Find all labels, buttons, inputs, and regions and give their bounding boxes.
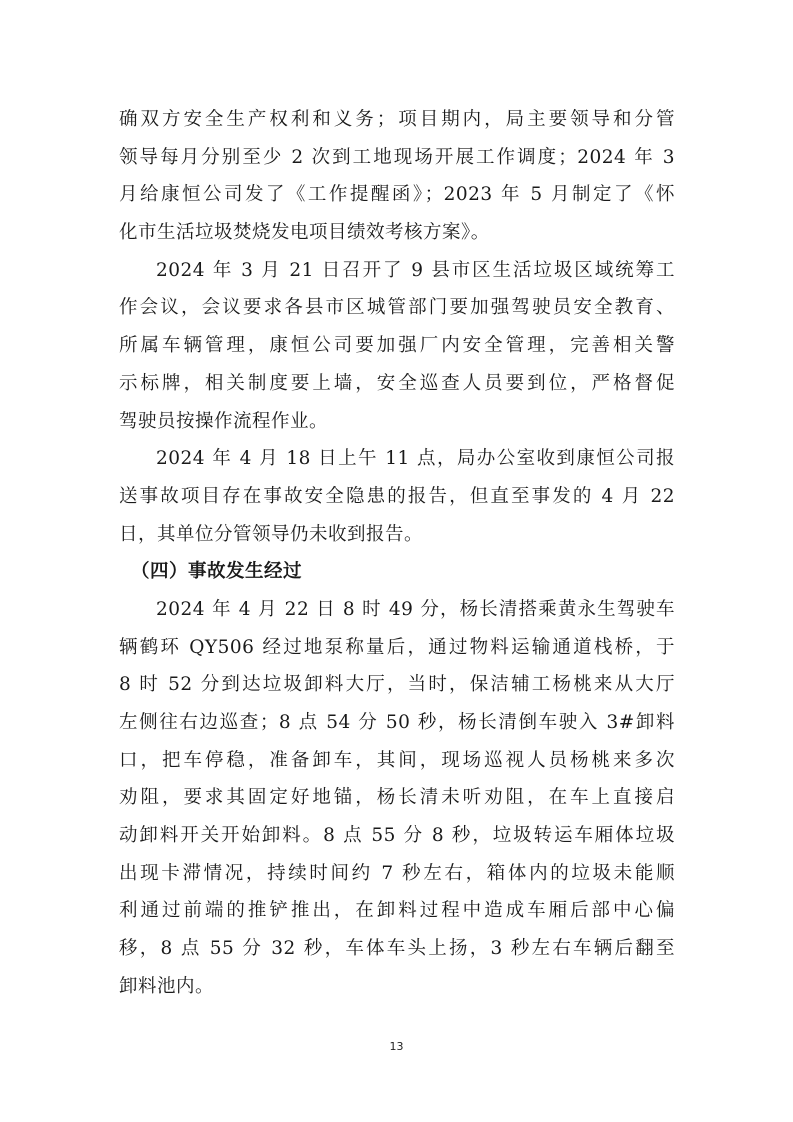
document-page: 确双方安全生产权利和义务；项目期内，局主要领导和分管 领导每月分别至少 2 次到… — [0, 0, 793, 1122]
text-line: 作会议，会议要求各县市区城管部门要加强驾驶员安全教育、 — [119, 289, 675, 327]
text-line: 化市生活垃圾焚烧发电项目绩效考核方案》。 — [119, 214, 675, 252]
text-line: 月给康恒公司发了《工作提醒函》；2023 年 5 月制定了《怀 — [119, 176, 675, 214]
text-line: 辆鹤环 QY506 经过地泵称量后，通过物料运输通道栈桥，于 — [119, 629, 675, 667]
text-line: 2024 年 3 月 21 日召开了 9 县市区生活垃圾区域统筹工 — [119, 252, 675, 290]
paragraph-report: 2024 年 4 月 18 日上午 11 点，局办公室收到康恒公司报 送事故项目… — [119, 440, 675, 553]
text-line: 卸料池内。 — [119, 968, 675, 1006]
text-line: 驾驶员按操作流程作业。 — [119, 403, 675, 441]
text-line: 口，把车停稳，准备卸车，其间，现场巡视人员杨桃来多次 — [119, 742, 675, 780]
text-line: 送事故项目存在事故安全隐患的报告，但直至事发的 4 月 22 — [119, 478, 675, 516]
text-line: 领导每月分别至少 2 次到工地现场开展工作调度；2024 年 3 — [119, 139, 675, 177]
page-body: 确双方安全生产权利和义务；项目期内，局主要领导和分管 领导每月分别至少 2 次到… — [119, 101, 675, 1006]
paragraph-continuation: 确双方安全生产权利和义务；项目期内，局主要领导和分管 领导每月分别至少 2 次到… — [119, 101, 675, 252]
text-line: 所属车辆管理，康恒公司要加强厂内安全管理，完善相关警 — [119, 327, 675, 365]
page-number: 13 — [0, 1040, 793, 1053]
paragraph-meeting: 2024 年 3 月 21 日召开了 9 县市区生活垃圾区域统筹工 作会议，会议… — [119, 252, 675, 440]
text-line: 动卸料开关开始卸料。8 点 55 分 8 秒，垃圾转运车厢体垃圾 — [119, 817, 675, 855]
text-line: 移，8 点 55 分 32 秒，车体车头上扬，3 秒左右车辆后翻至 — [119, 930, 675, 968]
text-line: 左侧往右边巡查；8 点 54 分 50 秒，杨长清倒车驶入 3#卸料 — [119, 704, 675, 742]
text-line: 8 时 52 分到达垃圾卸料大厅，当时，保洁辅工杨桃来从大厅 — [119, 666, 675, 704]
text-line: 日，其单位分管领导仍未收到报告。 — [119, 516, 675, 554]
text-line: 利通过前端的推铲推出，在卸料过程中造成车厢后部中心偏 — [119, 892, 675, 930]
text-line: 2024 年 4 月 18 日上午 11 点，局办公室收到康恒公司报 — [119, 440, 675, 478]
paragraph-accident-process: 2024 年 4 月 22 日 8 时 49 分，杨长清搭乘黄永生驾驶车 辆鹤环… — [119, 591, 675, 1006]
text-line: 确双方安全生产权利和义务；项目期内，局主要领导和分管 — [119, 101, 675, 139]
section-heading: （四）事故发生经过 — [119, 553, 675, 591]
text-line: 劝阻，要求其固定好地锚，杨长清未听劝阻，在车上直接启 — [119, 779, 675, 817]
text-line: 示标牌，相关制度要上墙，安全巡查人员要到位，严格督促 — [119, 365, 675, 403]
text-line: 出现卡滞情况，持续时间约 7 秒左右，箱体内的垃圾未能顺 — [119, 855, 675, 893]
text-line: 2024 年 4 月 22 日 8 时 49 分，杨长清搭乘黄永生驾驶车 — [119, 591, 675, 629]
